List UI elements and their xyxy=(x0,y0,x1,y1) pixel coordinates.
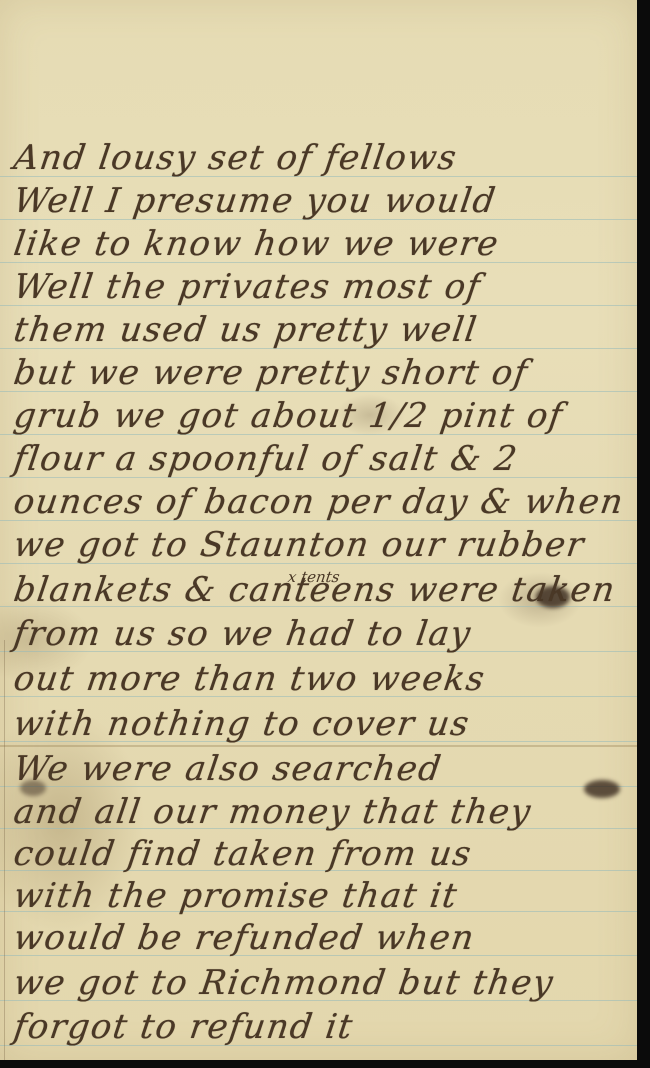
letter-line: We were also searched xyxy=(11,749,444,789)
letter-line: forgot to refund it xyxy=(11,1007,356,1047)
letter-line: from us so we had to lay xyxy=(11,614,474,654)
letter-line: we got to Staunton our rubber xyxy=(11,525,587,565)
letter-line: but we were pretty short of xyxy=(11,353,531,393)
letter-line: And lousy set of fellows xyxy=(11,138,460,178)
letter-page: And lousy set of fellows Well I presume … xyxy=(0,0,637,1060)
letter-line: out more than two weeks xyxy=(11,659,488,699)
letter-line: flour a spoonful of salt & 2 xyxy=(11,439,520,479)
letter-line: we got to Richmond but they xyxy=(11,963,556,1003)
letter-line: could find taken from us xyxy=(11,834,474,874)
letter-line: grub we got about 1/2 pint of xyxy=(11,396,566,436)
letter-line: Well the privates most of xyxy=(11,267,484,307)
letter-line: and all our money that they xyxy=(11,792,534,832)
letter-line: ounces of bacon per day & when xyxy=(11,482,627,522)
letter-body: And lousy set of fellows Well I presume … xyxy=(0,0,637,1060)
letter-line: like to know how we were xyxy=(11,224,502,264)
letter-line: with the promise that it xyxy=(11,876,460,916)
letter-line: would be refunded when xyxy=(11,918,477,958)
letter-line: them used us pretty well xyxy=(11,310,480,350)
letter-line: with nothing to cover us xyxy=(11,704,472,744)
interlinear-insertion: x tents xyxy=(287,568,341,586)
letter-line: Well I presume you would xyxy=(11,181,499,221)
